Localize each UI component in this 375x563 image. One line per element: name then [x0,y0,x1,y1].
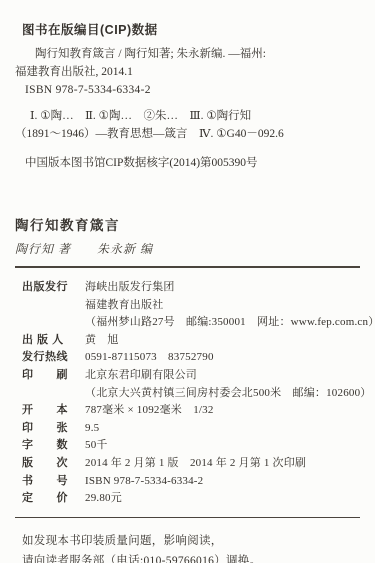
row-value: 50千 [85,437,108,455]
book-title: 陶行知教育箴言 [15,214,375,234]
divider-rule-bottom [15,517,360,518]
row-value: 29.80元 [85,490,122,508]
row-value: 北京东君印刷有限公司 [85,367,197,385]
row-value: （北京大兴黄村镇三间房村委会北500米 邮编：102600） [85,385,372,403]
row-label: 发行热线 [22,349,85,367]
cip-description-line-2: 福建教育出版社, 2014.1 [15,63,375,81]
row-value: 0591-87115073 83752790 [85,349,214,367]
cip-heading: 图书在版编目(CIP)数据 [22,21,375,39]
row-label [22,314,85,332]
row-label: 书 号 [22,473,85,491]
colophon-row-publisher: 出版发行 海峡出版发行集团 [0,279,375,297]
colophon-row-publisher-address: （福州梦山路27号 邮编:350001 网址：www.fep.com.cn） [0,314,375,332]
row-value: 福建教育出版社 [85,297,163,315]
colophon-row-publisher-person: 出 版 人 黄 旭 [0,332,375,350]
row-value: 黄 旭 [85,332,119,350]
title-block: 陶行知教育箴言 陶行知 著 朱永新 编 [15,214,375,257]
colophon-row-edition: 版 次 2014 年 2 月第 1 版 2014 年 2 月第 1 次印刷 [0,455,375,473]
row-label: 出 版 人 [22,332,85,350]
row-label: 字 数 [22,437,85,455]
quality-note: 如发现本书印装质量问题，影响阅读， 请向读者服务部（电话:010-5976601… [22,531,375,563]
colophon-row-publisher-2: 福建教育出版社 [0,297,375,315]
cip-description-line-1: 陶行知教育箴言 / 陶行知著; 朱永新编. —福州: [35,45,375,63]
author-byline: 陶行知 著 朱永新 编 [15,240,375,257]
cip-classification-line-1: Ⅰ. ①陶… Ⅱ. ①陶… ②朱… Ⅲ. ①陶行知 [30,107,375,125]
row-label [22,385,85,403]
colophon-row-format: 开 本 787毫米 × 1092毫米 1/32 [0,402,375,420]
row-value: 海峡出版发行集团 [85,279,175,297]
colophon-row-wordcount: 字 数 50千 [0,437,375,455]
quality-note-line-2: 请向读者服务部（电话:010-59766016）调换。 [22,551,375,563]
colophon-row-printer: 印 刷 北京东君印刷有限公司 [0,367,375,385]
colophon-row-isbn: 书 号 ISBN 978-7-5334-6334-2 [0,473,375,491]
row-label: 版 次 [22,455,85,473]
row-value: 2014 年 2 月第 1 版 2014 年 2 月第 1 次印刷 [85,455,306,473]
row-label: 印 张 [22,420,85,438]
quality-note-line-1: 如发现本书印装质量问题，影响阅读， [22,531,375,551]
cip-block: 图书在版编目(CIP)数据 陶行知教育箴言 / 陶行知著; 朱永新编. —福州:… [0,0,375,172]
book-copyright-page: 图书在版编目(CIP)数据 陶行知教育箴言 / 陶行知著; 朱永新编. —福州:… [0,0,375,563]
row-value: （福州梦山路27号 邮编:350001 网址：www.fep.com.cn） [85,314,375,332]
row-label: 印 刷 [22,367,85,385]
row-label: 定 价 [22,490,85,508]
row-label [22,297,85,315]
colophon-row-hotline: 发行热线 0591-87115073 83752790 [0,349,375,367]
row-value: ISBN 978-7-5334-6334-2 [85,473,203,491]
cip-isbn-line: ISBN 978-7-5334-6334-2 [25,81,375,99]
row-value: 9.5 [85,420,99,438]
colophon-table: 出版发行 海峡出版发行集团 福建教育出版社 （福州梦山路27号 邮编:35000… [0,279,375,508]
divider-rule-top [15,266,360,268]
cip-record-number: 中国版本图书馆CIP数据核字(2014)第005390号 [25,154,375,172]
cip-classification-line-2: （1891～1946）—教育思想—箴言 Ⅳ. ①G40－092.6 [15,125,375,143]
colophon-row-printer-address: （北京大兴黄村镇三间房村委会北500米 邮编：102600） [0,385,375,403]
colophon-row-price: 定 价 29.80元 [0,490,375,508]
row-label: 出版发行 [22,279,85,297]
row-value: 787毫米 × 1092毫米 1/32 [85,402,214,420]
colophon-row-sheets: 印 张 9.5 [0,420,375,438]
row-label: 开 本 [22,402,85,420]
